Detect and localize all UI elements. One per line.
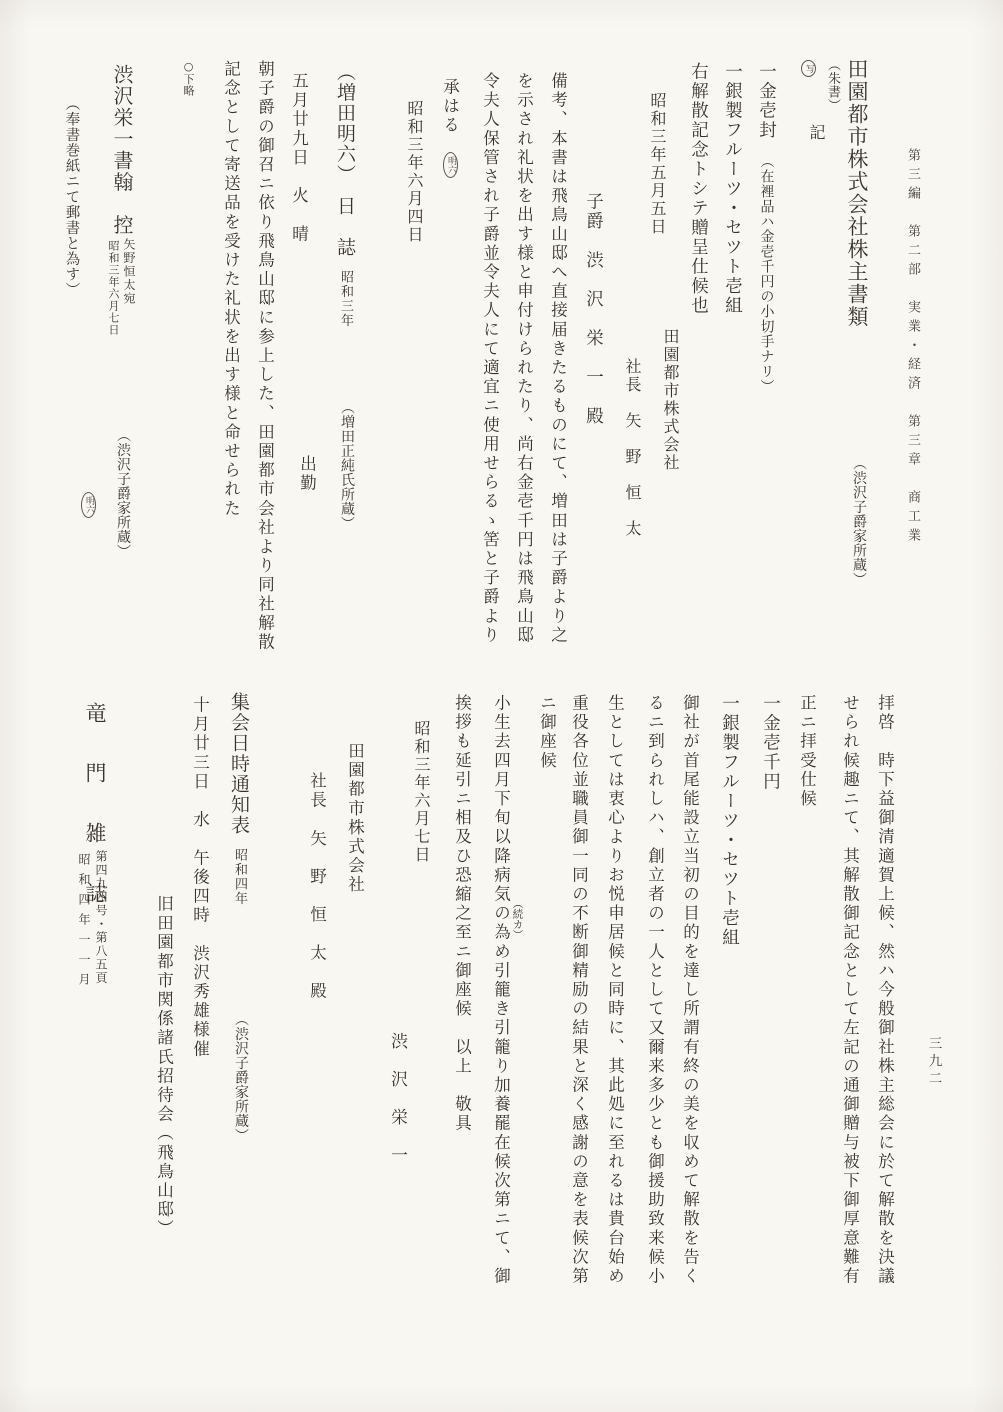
doc1-title: 田園都市株式会社株主書類	[846, 58, 867, 328]
doc3-addressee-note: 矢野恒太宛	[123, 238, 135, 306]
doc3-body-line-3: 正ニ拝受仕候	[798, 694, 815, 809]
doc1-record-label: 記	[808, 124, 824, 140]
doc1-note-line-1: 備考、本書は飛鳥山邸へ直接届きたるものにて、増田は子爵より之	[549, 72, 566, 645]
doc1-item-money-main: 一金壱封	[757, 62, 777, 140]
doc2-body-line-1: 朝子爵の御召ニ依り飛鳥山邸に参上した、田園都市会社より同社解散	[256, 60, 273, 652]
doc1-closing-line: 右解散記念トシテ贈呈仕候也	[689, 62, 707, 316]
doc1-item-fruit-set: 一銀製フルーツ・セツト壱組	[723, 62, 741, 316]
doc3-item-fruit-set: 一銀製フルーツ・セツト壱組	[720, 694, 738, 948]
doc4-entry-line-1: 十月廿三日 水 午後四時 渋沢秀雄様催	[191, 696, 208, 1059]
doc1-note-line-3: 令夫人保管され子爵並令夫人にて適宜ニ使用せらるゝ筈と子爵より	[481, 72, 498, 645]
doc5-issue-note: 第四九四号・第八五頁	[95, 850, 107, 985]
meiroku-seal-doc1: 明六	[443, 152, 458, 178]
doc2-omission-mark: ○下略	[183, 60, 194, 97]
doc1-item-money-note: （在裡品ハ金壱千円の小切手ナリ）	[759, 154, 775, 394]
doc3-letter-date: 昭和三年六月七日	[413, 720, 429, 864]
meiroku-seal-doc3: 明六	[81, 492, 96, 518]
doc3-provenance: （渋沢子爵家所蔵）	[116, 428, 130, 559]
doc3-medium-note: （奉書巻紙ニて郵書と為す）	[64, 96, 79, 298]
copy-seal-mark: 写	[801, 60, 816, 77]
doc1-item-money: 一金壱封（在裡品ハ金壱千円の小切手ナリ）	[757, 62, 775, 394]
doc4-heading-year-note: 昭和四年	[232, 848, 247, 906]
doc1-note-line-2: を示され礼状を出す様と申付けられたり、尚右金壱千円は飛鳥山邸	[515, 72, 532, 645]
doc3-body-line-1: 拝啓 時下益御清適賀上候、然ハ今般御社株主総会に於て解散を決議	[876, 694, 893, 1286]
doc2-entry-status: 出勤	[298, 455, 315, 493]
doc4-heading: 集会日時通知表昭和四年	[229, 692, 248, 906]
running-header: 第三編 第二部 実業・経済 第三章 商工業	[906, 148, 919, 547]
doc1-red-note: （朱書）	[826, 58, 839, 112]
doc2-entry-date: 五月廿九日 火 晴	[290, 72, 307, 244]
doc1-addressee: 子爵 渋 沢 栄 一 殿	[584, 192, 602, 426]
doc3-body-line-8: ニ御座候	[538, 694, 555, 770]
doc4-heading-main: 集会日時通知表	[228, 692, 250, 836]
doc1-provenance: （渋沢子爵家所蔵）	[852, 456, 866, 587]
doc1-sender-company: 田園都市株式会社	[662, 328, 678, 472]
doc3-body-line-2: せられ候趣ニて、其解散御記念として左記の通御贈与被下御厚意難有	[841, 694, 858, 1286]
scanned-book-page: 第三編 第二部 実業・経済 第三章 商工業 三九二 田園都市株式会社株主書類 （…	[0, 0, 1003, 1412]
doc3-addressee-name: 社長 矢 野 恒 太 殿	[308, 772, 325, 1001]
doc2-body-line-2: 記念として寄送品を受けた礼状を出す様と命せられた	[222, 60, 239, 518]
doc3-heading: 渋沢栄一書翰 控	[112, 64, 132, 236]
doc2-heading-year-note: 昭和三年	[338, 270, 353, 328]
page-number: 三九二	[926, 1036, 940, 1089]
doc1-date: 昭和三年五月五日	[649, 92, 665, 236]
doc2-provenance: （増田正純氏所蔵）	[340, 400, 354, 531]
doc1-sender-name: 社長 矢 野 恒 太	[624, 358, 640, 538]
doc3-date-note: 昭和三年六月七日	[108, 240, 119, 336]
doc1-note-date: 昭和三年六月四日	[406, 100, 422, 244]
doc3-signature: 渋 沢 栄 一	[388, 1032, 405, 1165]
doc4-entry-line-2: 旧田園都市関係諸氏招待会（飛鳥山邸）	[155, 895, 172, 1239]
doc3-body-line-5: るニ到られしハ、創立者の一人として又爾来多少とも御援助致来候小	[646, 694, 663, 1286]
doc3-body-line-9: 小生去四月下旬以降病気の為め引籠き引籠り加養罷在候次第ニて、御	[492, 694, 509, 1286]
doc1-note-line-4: 承はる	[441, 78, 458, 135]
doc3-body-line-10: 挨拶も延引ニ相及ひ恐縮之至ニ御座候 以上 敬具	[453, 694, 470, 1133]
doc4-provenance: （渋沢子爵家所蔵）	[234, 1012, 248, 1143]
doc3-body-line-6: 生としては衷心よりお悦申居候と同時に、其此処に至れるは貴台始め	[606, 694, 623, 1286]
doc3-emendation-note: （続カ）	[512, 898, 523, 940]
doc3-body-line-4: 御社が首尾能設立当初の目的を達し所謂有終の美を収めて解散を告く	[681, 694, 698, 1286]
doc5-date-note: 昭和四年一一月	[78, 853, 90, 993]
doc3-addressee-company: 田園都市株式会社	[346, 742, 363, 895]
doc2-heading-main: （増田明六） 日 誌	[334, 62, 356, 258]
doc3-body-line-7: 重役各位並職員御一同の不断御精励の結果と深く感謝の意を表候次第	[570, 694, 587, 1286]
doc3-item-money: 一金壱千円	[761, 694, 779, 792]
doc2-heading: （増田明六） 日 誌昭和三年	[335, 62, 354, 328]
